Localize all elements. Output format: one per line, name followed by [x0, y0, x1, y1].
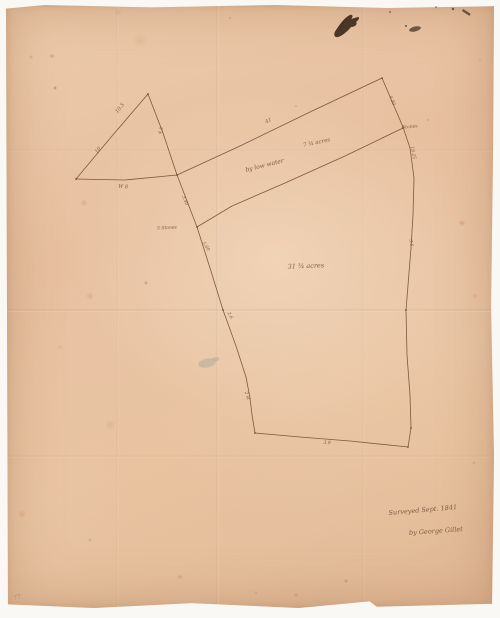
edge-label: 4.50: [387, 94, 397, 107]
vertex-marker: [196, 226, 198, 228]
vertex-marker: [147, 93, 149, 95]
edge-labels: 10.54.510W 8414.50Stones18.253.65 Stones…: [94, 94, 419, 446]
parcel-acreage-label: 31 ¾ acres: [288, 261, 325, 270]
edge-label: 10.5: [114, 102, 126, 114]
edge-label: 2 st: [242, 390, 251, 401]
boundary-line: [403, 127, 414, 447]
blue-smudge: [197, 357, 219, 370]
edge-label: 3.9: [323, 440, 331, 446]
boundary-line: [255, 433, 408, 447]
vertex-marker: [254, 432, 256, 434]
vertex-marker: [407, 446, 409, 448]
vertex-marker: [410, 427, 412, 429]
boundary-line: [76, 94, 148, 179]
vertex-marker: [176, 174, 178, 176]
edge-label: 5 Stones: [157, 224, 178, 231]
survey-note-line1: Surveyed Sept. 1841: [388, 503, 457, 517]
boundary-line: [197, 227, 255, 433]
edge-label: W 8: [118, 184, 128, 191]
scanned-survey-document: 10.54.510W 8414.50Stones18.253.65 Stones…: [0, 0, 500, 618]
strip-acreage-label: 7 ¾ acres: [303, 136, 331, 149]
corner-pencil-mark: 77: [13, 593, 22, 602]
edge-label: 10: [94, 145, 103, 154]
ink-blot: [334, 6, 470, 37]
strip-name-script: by low water: [245, 157, 286, 174]
vertex-marker: [381, 77, 383, 79]
boundary-line: [76, 175, 177, 180]
edge-label: 41: [264, 117, 273, 126]
edge-label: 3.6: [408, 239, 415, 247]
survey-plat-drawing: 10.54.510W 8414.50Stones18.253.65 Stones…: [0, 0, 500, 618]
vertex-marker: [75, 178, 77, 180]
edge-label: Stones: [402, 123, 419, 131]
edge-label: 5.60: [201, 241, 211, 253]
edge-label: 18.25: [409, 146, 418, 160]
vertex-marker: [222, 309, 224, 311]
boundary-line: [197, 128, 403, 227]
survey-note-line2: by George Gillet: [409, 525, 464, 537]
vertex-marker: [405, 309, 407, 311]
